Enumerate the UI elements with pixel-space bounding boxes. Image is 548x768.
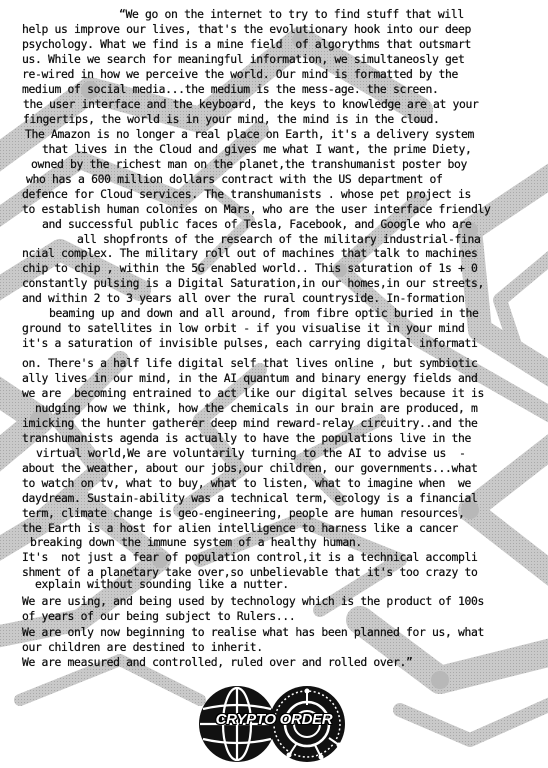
text-line: ground to satellites in low orbit - if y… xyxy=(22,321,465,336)
text-line: transhumanists agenda is actually to hav… xyxy=(22,431,471,446)
text-line: We are only now beginning to realise wha… xyxy=(22,625,484,640)
text-line: fingertips, the world is in your mind, t… xyxy=(23,112,440,127)
text-line: We are measured and controlled, ruled ov… xyxy=(22,655,412,670)
text-line: our children are destined to inherit. xyxy=(22,640,263,655)
text-line: re-wired in how we perceive the world. O… xyxy=(22,67,458,82)
text-line: that lives in the Cloud and gives me wha… xyxy=(42,142,472,157)
text-line: and successful public faces of Tesla, Fa… xyxy=(42,217,472,232)
text-line: daydream. Sustain-ability was a technica… xyxy=(22,491,478,506)
text-line: ncial complex. The military roll out of … xyxy=(22,246,478,261)
text-line: beaming up and down and all around, from… xyxy=(49,306,479,321)
text-line: on. There's a half life digital self tha… xyxy=(22,356,478,371)
text-line: nudging how we think, how the chemicals … xyxy=(35,401,478,416)
text-line: all shopfronts of the research of the mi… xyxy=(77,232,480,247)
text-line: help us improve our lives, that's the ev… xyxy=(22,22,471,37)
text-line: and within 2 to 3 years all over the rur… xyxy=(22,291,465,306)
text-line: the Earth is a host for alien intelligen… xyxy=(22,521,458,536)
text-line: medium of social media...the medium is t… xyxy=(22,82,439,97)
crypto-order-logo: CRYPTO ORDER xyxy=(197,683,349,765)
text-line: term, climate change is geo-engineering,… xyxy=(22,506,465,521)
text-line: to watch on tv, what to buy, what to lis… xyxy=(22,476,471,491)
text-line: imicking the hunter gatherer deep mind r… xyxy=(22,416,478,431)
text-line: explain without sounding like a nutter. xyxy=(35,577,289,592)
text-line: constantly pulsing is a Digital Saturati… xyxy=(22,276,484,291)
text-line: it's a saturation of invisible pulses, e… xyxy=(22,336,478,351)
text-line: virtual world,We are voluntarily turning… xyxy=(36,446,466,461)
logo-text: CRYPTO ORDER xyxy=(199,711,349,728)
text-line: breaking down the immune system of a hea… xyxy=(30,535,362,550)
text-line: The Amazon is no longer a real place on … xyxy=(25,127,474,142)
text-line: to establish human colonies on Mars, who… xyxy=(22,202,491,217)
text-line: psychology. What we find is a mine field… xyxy=(22,37,471,52)
text-line: who has a 600 million dollars contract w… xyxy=(26,172,443,187)
text-line: of years of our being subject to Rulers.… xyxy=(22,609,295,624)
text-line: chip to chip , within the 5G enabled wor… xyxy=(22,261,478,276)
text-line: we are becoming entrained to act like ou… xyxy=(22,386,484,401)
text-line: defence for Cloud services. The transhum… xyxy=(22,187,471,202)
text-line: It's not just a fear of population contr… xyxy=(22,550,478,565)
text-line: about the weather, about our jobs,our ch… xyxy=(22,461,478,476)
text-line: the user interface and the keyboard, the… xyxy=(23,97,479,112)
text-line: ally lives in our mind, in the AI quantu… xyxy=(22,371,478,386)
text-line: us. While we search for meaningful infor… xyxy=(22,52,465,67)
text-line: We are using, and being used by technolo… xyxy=(22,594,484,609)
text-line: owned by the richest man on the planet,t… xyxy=(31,157,467,172)
text-line: “We go on the internet to try to find st… xyxy=(119,7,464,22)
